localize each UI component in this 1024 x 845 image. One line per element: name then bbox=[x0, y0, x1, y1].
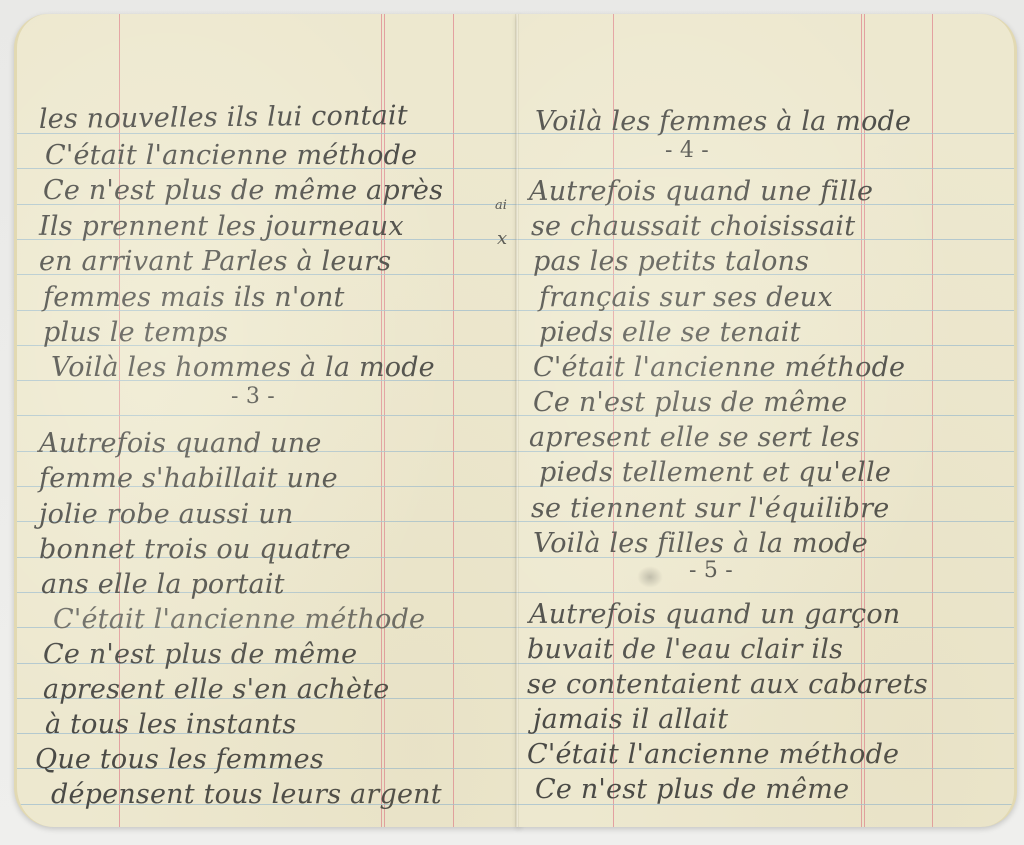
ruled-line bbox=[17, 415, 520, 416]
margin-line-double bbox=[381, 14, 385, 827]
handwritten-line: Voilà les femmes à la mode bbox=[535, 108, 911, 135]
section-number: - 3 - bbox=[231, 386, 275, 408]
handwritten-line: Voilà les filles à la mode bbox=[533, 530, 868, 557]
handwritten-line: pieds tellement et qu'elle bbox=[539, 459, 891, 486]
margin-annotation: ai bbox=[495, 198, 507, 213]
margin-line bbox=[119, 14, 120, 827]
handwritten-line: Ce n'est plus de même bbox=[535, 776, 849, 803]
handwritten-line: Ce n'est plus de même bbox=[533, 389, 847, 416]
handwritten-line: buvait de l'eau clair ils bbox=[527, 636, 843, 663]
handwritten-line: en arrivant Parles à leurs bbox=[39, 248, 391, 275]
handwritten-line: ans elle la portait bbox=[41, 571, 285, 598]
handwritten-line: dépensent tous leurs argent bbox=[51, 781, 442, 808]
handwritten-line: Ce n'est plus de même bbox=[43, 641, 357, 668]
handwritten-line: C'était l'ancienne méthode bbox=[533, 354, 905, 381]
handwritten-line: se contentaient aux cabarets bbox=[527, 671, 928, 698]
section-number: - 4 - bbox=[665, 140, 709, 162]
handwritten-line: C'était l'ancienne méthode bbox=[527, 741, 899, 768]
handwritten-line: jamais il allait bbox=[533, 706, 728, 733]
handwritten-line: pieds elle se tenait bbox=[539, 319, 801, 346]
handwritten-line: Ils prennent les journeaux bbox=[39, 213, 404, 240]
ruled-line bbox=[517, 168, 1014, 169]
handwritten-line: C'était l'ancienne méthode bbox=[53, 606, 425, 633]
handwritten-line: apresent elle se sert les bbox=[529, 424, 860, 451]
book-gutter bbox=[515, 14, 519, 827]
margin-annotation: x bbox=[497, 228, 507, 249]
ruled-line bbox=[517, 592, 1014, 593]
handwritten-line: Autrefois quand un garçon bbox=[529, 601, 900, 628]
pencil-smudge bbox=[637, 566, 663, 588]
handwritten-line: Autrefois quand une fille bbox=[529, 178, 873, 205]
handwritten-line: à tous les instants bbox=[45, 711, 296, 738]
handwritten-line: Voilà les hommes à la mode bbox=[51, 354, 435, 381]
handwritten-line: Ce n'est plus de même après bbox=[43, 177, 443, 204]
handwritten-line: jolie robe aussi un bbox=[39, 501, 293, 528]
section-number: - 5 - bbox=[689, 560, 733, 582]
margin-line bbox=[453, 14, 454, 827]
handwritten-line: se tiennent sur l'équilibre bbox=[531, 495, 889, 522]
handwritten-line: français sur ses deux bbox=[539, 284, 833, 311]
handwritten-line: apresent elle s'en achète bbox=[43, 676, 389, 703]
right-page: Voilà les femmes à la mode - 4 - Autrefo… bbox=[517, 14, 1017, 827]
handwritten-line: les nouvelles ils lui contait bbox=[39, 102, 408, 133]
margin-line bbox=[932, 14, 933, 827]
notebook-spread: les nouvelles ils lui contait C'était l'… bbox=[14, 14, 1014, 827]
handwritten-line: femmes mais ils n'ont bbox=[43, 284, 345, 311]
handwritten-line: femme s'habillait une bbox=[39, 465, 338, 492]
handwritten-line: se chaussait choisissait bbox=[531, 213, 855, 240]
handwritten-line: Autrefois quand une bbox=[39, 430, 322, 457]
handwritten-line: plus le temps bbox=[43, 319, 228, 346]
handwritten-line: Que tous les femmes bbox=[35, 746, 324, 773]
handwritten-line: bonnet trois ou quatre bbox=[39, 536, 351, 563]
handwritten-line: C'était l'ancienne méthode bbox=[45, 142, 417, 169]
handwritten-line: pas les petits talons bbox=[533, 248, 809, 275]
left-page: les nouvelles ils lui contait C'était l'… bbox=[14, 14, 520, 827]
